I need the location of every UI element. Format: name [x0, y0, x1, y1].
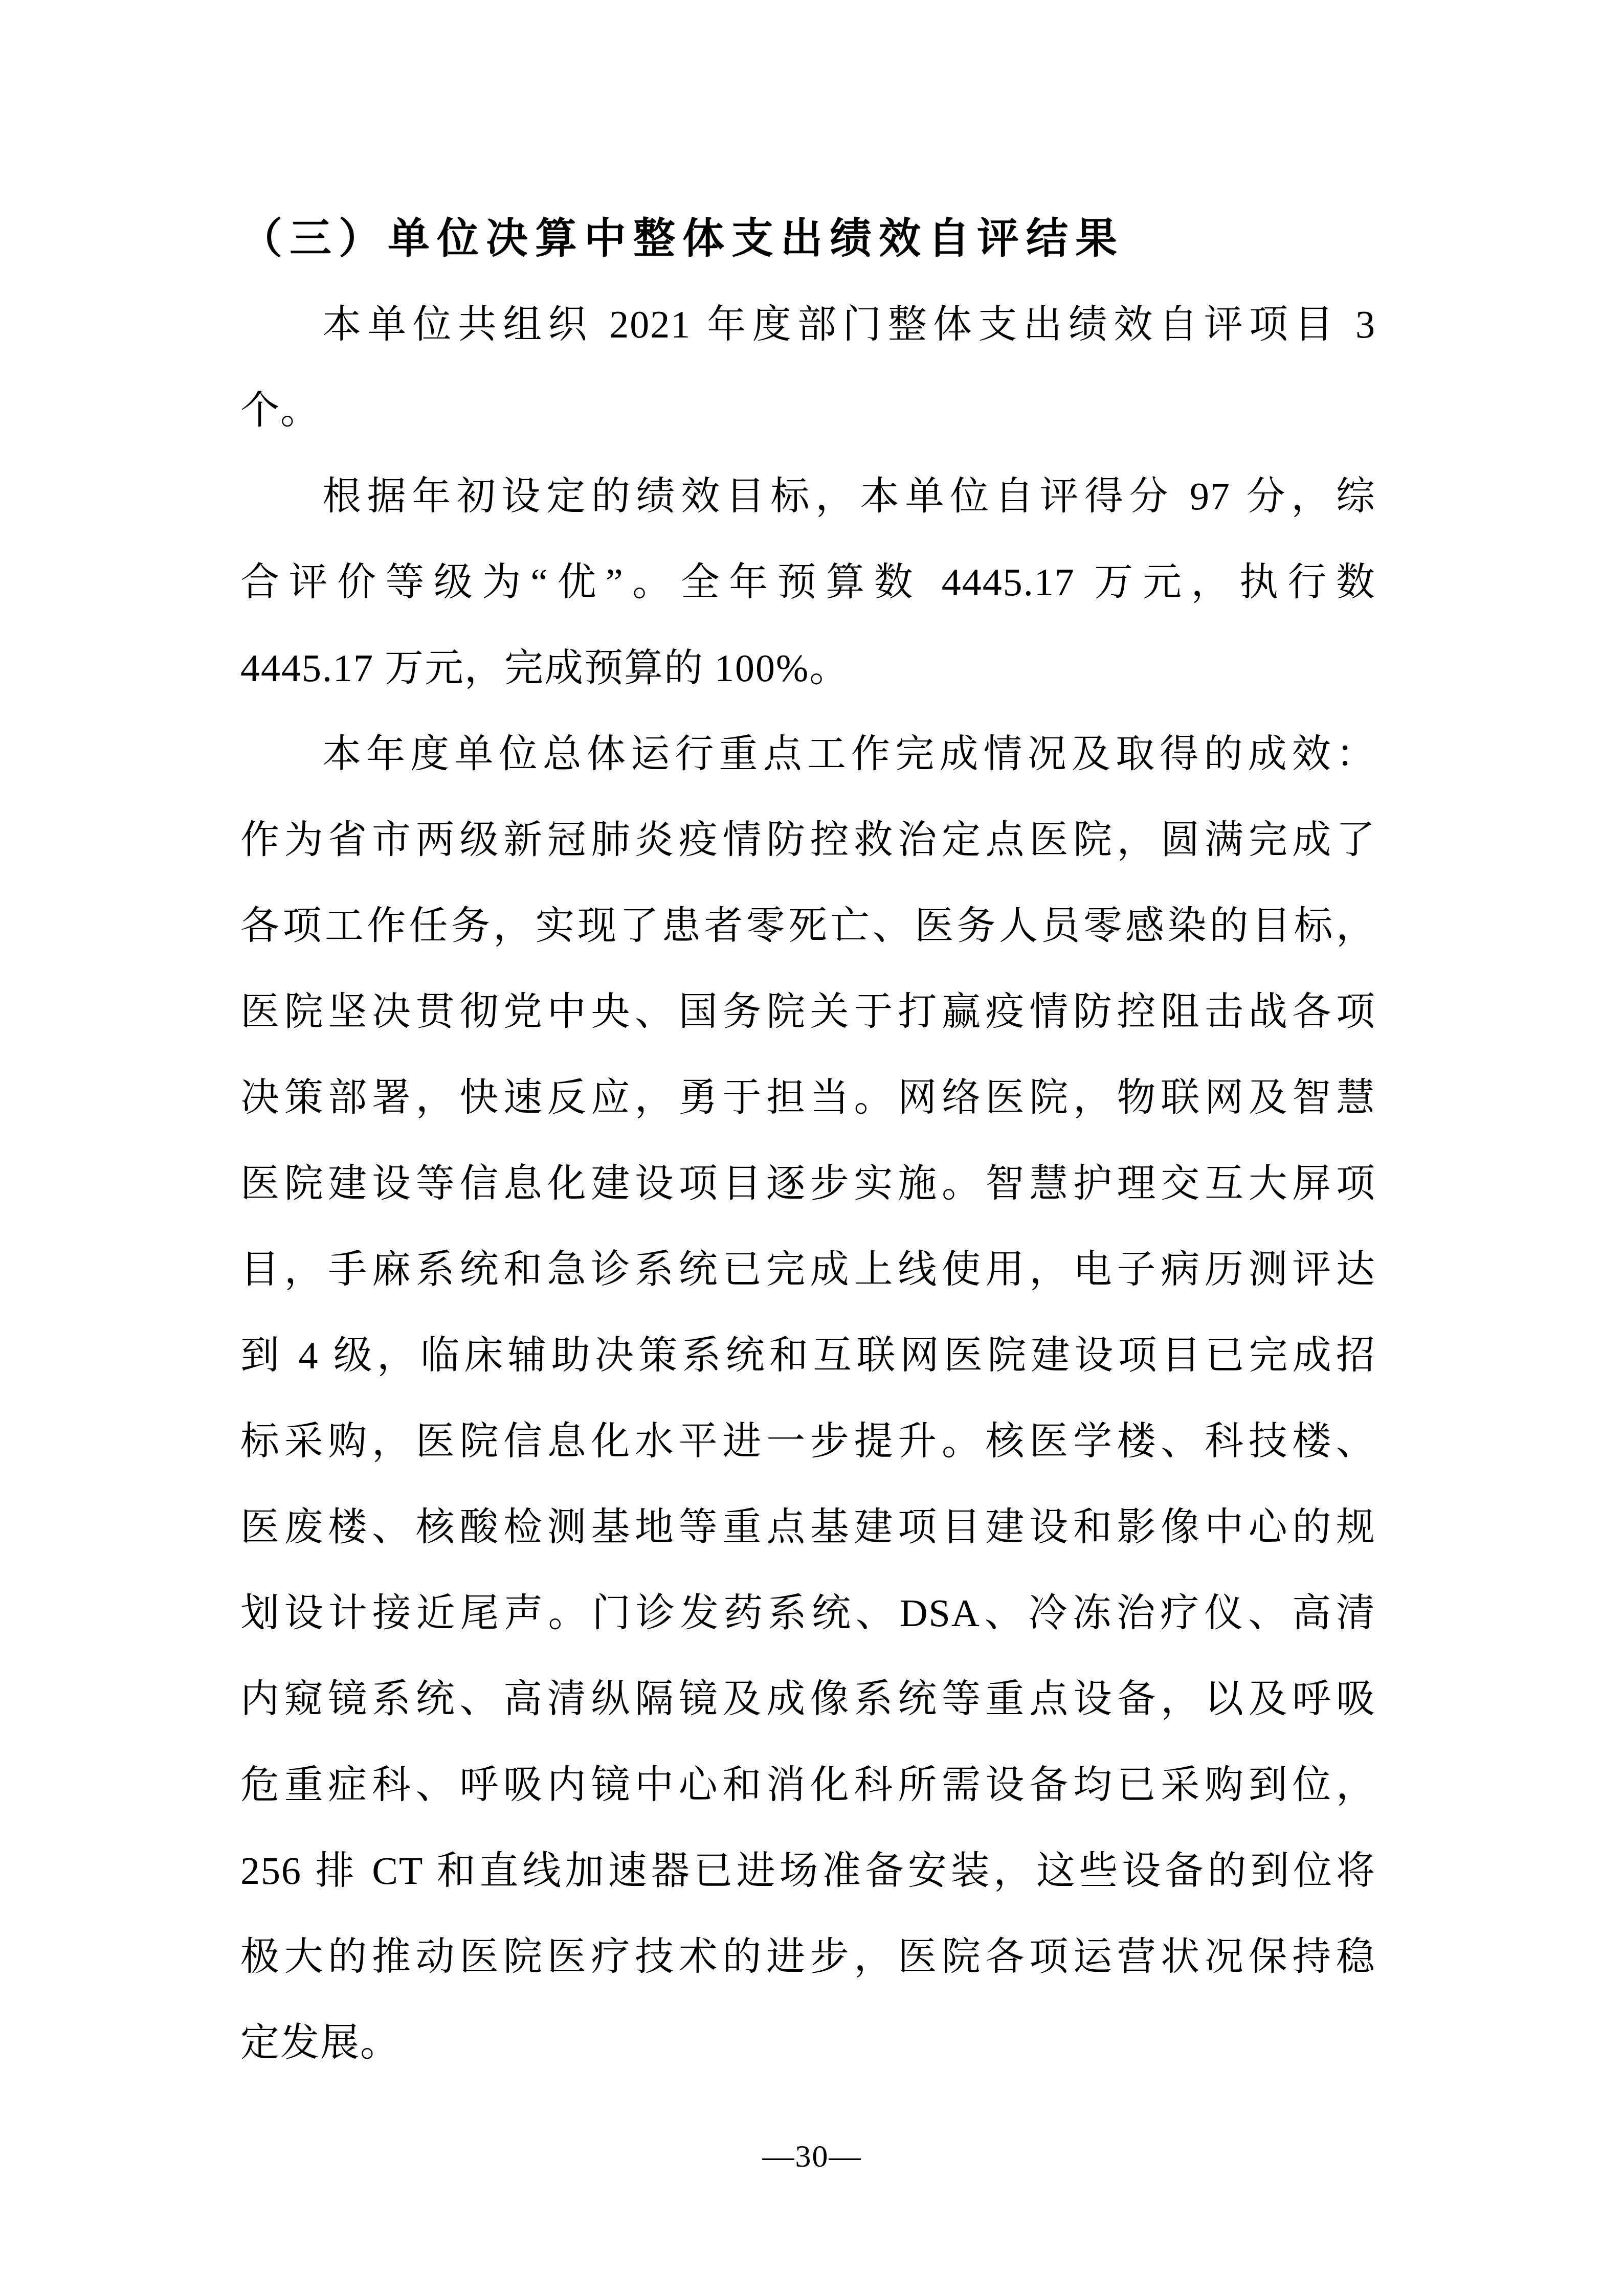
text-line: 目，手麻系统和急诊系统已完成上线使用，电子病历测评达 [240, 1227, 1376, 1313]
document-page: （三）单位决算中整体支出绩效自评结果本单位共组织 2021 年度部门整体支出绩效… [0, 0, 1624, 2296]
text-line: 极大的推动医院医疗技术的进步，医院各项运营状况保持稳 [240, 1914, 1376, 2000]
text-line: 各项工作任务，实现了患者零死亡、医务人员零感染的目标， [240, 883, 1376, 969]
page-number: —30— [0, 2113, 1624, 2199]
text-line: 决策部署，快速反应，勇于担当。网络医院，物联网及智慧 [240, 1055, 1376, 1141]
text-line: 标采购，医院信息化水平进一步提升。核医学楼、科技楼、 [240, 1399, 1376, 1484]
text-line: 内窥镜系统、高清纵隔镜及成像系统等重点设备，以及呼吸 [240, 1656, 1376, 1742]
text-block: （三）单位决算中整体支出绩效自评结果本单位共组织 2021 年度部门整体支出绩效… [240, 196, 1376, 2086]
text-line: 划设计接近尾声。门诊发药系统、DSA、冷冻治疗仪、高清 [240, 1570, 1376, 1656]
text-line: 根据年初设定的绩效目标，本单位自评得分 97 分，综 [240, 454, 1376, 539]
text-line: 到 4 级，临床辅助决策系统和互联网医院建设项目已完成招 [240, 1313, 1376, 1399]
text-line: 定发展。 [240, 2000, 1376, 2086]
text-line: 256 排 CT 和直线加速器已进场准备安装，这些设备的到位将 [240, 1828, 1376, 1914]
text-line: 个。 [240, 368, 1376, 454]
text-line: 合评价等级为“优”。全年预算数 4445.17 万元，执行数 [240, 539, 1376, 625]
text-line: 医院建设等信息化建设项目逐步实施。智慧护理交互大屏项 [240, 1141, 1376, 1227]
text-line: 作为省市两级新冠肺炎疫情防控救治定点医院，圆满完成了 [240, 797, 1376, 883]
text-line: 危重症科、呼吸内镜中心和消化科所需设备均已采购到位， [240, 1742, 1376, 1828]
section-heading: （三）单位决算中整体支出绩效自评结果 [240, 196, 1376, 282]
text-line: 本年度单位总体运行重点工作完成情况及取得的成效： [240, 711, 1376, 797]
text-line: 4445.17 万元，完成预算的 100%。 [240, 625, 1376, 711]
text-line: 医院坚决贯彻党中央、国务院关于打赢疫情防控阻击战各项 [240, 969, 1376, 1055]
text-line: 医废楼、核酸检测基地等重点基建项目建设和影像中心的规 [240, 1484, 1376, 1570]
text-line: 本单位共组织 2021 年度部门整体支出绩效自评项目 3 [240, 282, 1376, 368]
